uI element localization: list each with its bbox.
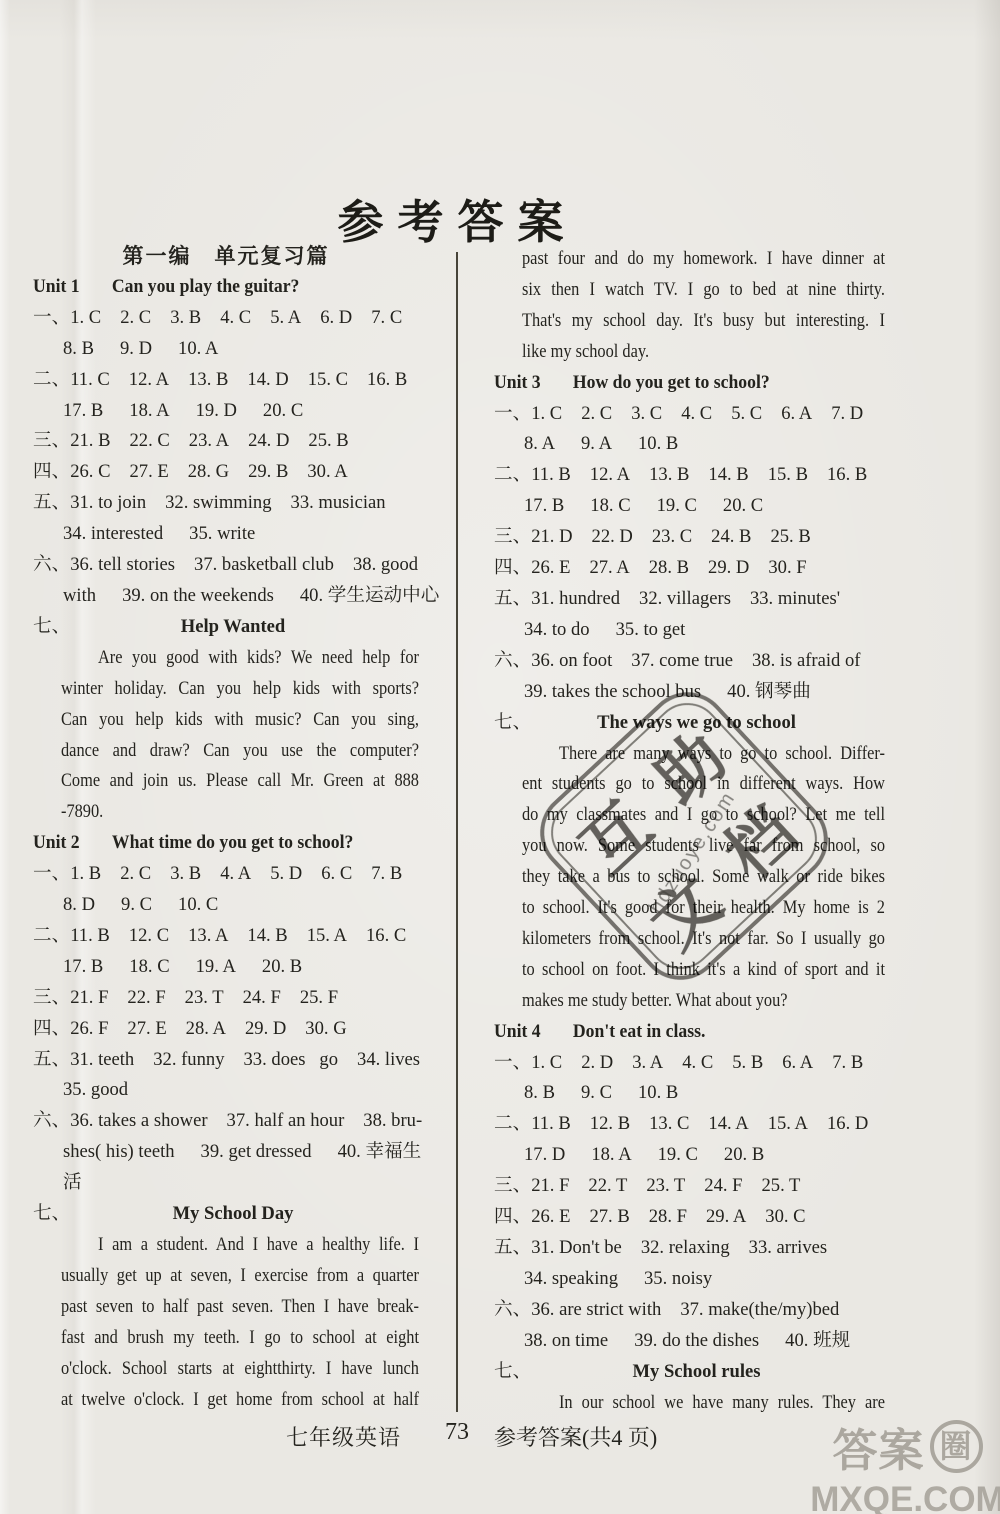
answer-item: 35. write [189,519,255,550]
answer-item: 13. B [188,365,228,396]
answer-item: 六、36. are strict with [494,1295,661,1326]
answer-item: 40. 幸福生 [338,1137,422,1168]
answer-row-continued: 35. good [63,1075,419,1106]
answer-item: 6. D [320,303,352,334]
answer-item: 24. F [243,983,281,1014]
answer-item: 18. C [129,952,169,983]
answer-item: 29. A [706,1202,746,1233]
answer-item: 二、11. B [494,1109,571,1140]
paragraph-line: six then I watch TV. I go to bed at nine… [522,275,885,306]
answer-row: 五、31. to join32. swimming33. musician [33,488,419,519]
answer-item: 40. 学生运动中心 [300,581,439,612]
paragraph-line: at twelve o'clock. I get home from schoo… [61,1385,419,1416]
answer-row: 六、36. tell stories37. basketball club38.… [33,550,419,581]
answer-item: 2. D [581,1048,613,1079]
answer-item: 六、36. takes a shower [33,1106,208,1137]
answer-row: 二、11. B12. C13. A14. B15. A16. C [33,921,419,952]
answer-item: 28. F [649,1202,687,1233]
answer-item: 40. 班规 [785,1326,850,1357]
answer-item: 14. D [247,365,288,396]
answer-row-continued: 34. speaking35. noisy [524,1264,885,1295]
answer-item: 3. B [170,859,201,890]
answer-item: 22. F [127,983,165,1014]
paragraph-last-line: makes me study better. What about you? [522,986,885,1017]
answer-item: 17. B [524,491,564,522]
answer-item: 四、26. F [33,1014,108,1045]
answer-item: 33. does go [244,1045,339,1076]
answer-item: 3. A [632,1048,663,1079]
answer-item: 4. C [682,1048,713,1079]
answer-item: 3. C [631,399,662,430]
unit-title: Don't eat in class. [573,1017,705,1048]
answer-row-continued: 38. on time39. do the dishes40. 班规 [524,1326,885,1357]
answer-item: 32. swimming [165,488,271,519]
answer-item: 17. B [63,396,103,427]
answer-item: 12. A [590,460,630,491]
answer-item: 20. B [724,1140,764,1171]
answer-row: 四、26. E27. B28. F29. A30. C [494,1202,885,1233]
answer-item: 37. half an hour [227,1106,345,1137]
answer-item: 32. funny [153,1045,224,1076]
answer-item: 33. arrives [749,1233,827,1264]
answer-item: 34. lives [357,1045,420,1076]
answer-item: 六、36. on foot [494,646,612,677]
answer-row: 五、31. hundred32. villagers33. minutes' [494,584,885,615]
answer-item: 三、21. F [494,1171,569,1202]
answer-item: 34. to do [524,615,590,646]
unit-heading: Unit 3How do you get to school? [494,368,885,399]
section-number-label: 七、 [33,612,93,643]
passage-title: My School rules [554,1357,839,1388]
answer-item: 三、21. D [494,522,573,553]
answer-row-continued: shes( his) teeth39. get dressed40. 幸福生 [63,1137,419,1168]
answer-item: 四、26. E [494,1202,570,1233]
answer-item: 22. C [129,426,169,457]
unit-label: Unit 3 [494,368,541,399]
answer-item: 24. B [711,522,751,553]
answer-item: 27. A [589,553,629,584]
answer-item: 六、36. tell stories [33,550,175,581]
left-column: 第一编 单元复习篇Unit 1Can you play the guitar?一… [33,241,419,1415]
passage-title: My School Day [93,1199,373,1230]
watermark-logo-circle-glyph: 圈 [930,1420,983,1473]
passage-title: Help Wanted [93,612,373,643]
answer-item: 25. B [308,426,348,457]
answer-item: 23. T [185,983,224,1014]
answer-item: 25. F [300,983,338,1014]
answer-item: 18. A [591,1140,631,1171]
paragraph-line: That's my school day. It's busy but inte… [522,306,885,337]
answer-item: 10. A [178,334,218,365]
answer-item: 12. C [129,921,169,952]
answer-row: 三、21. B22. C23. A24. D25. B [33,426,419,457]
answer-item: 13. B [649,460,689,491]
answer-item: 5. D [270,859,302,890]
answer-item: 39. get dressed [201,1137,312,1168]
answer-row: 三、21. F22. F23. T24. F25. F [33,983,419,1014]
answer-row-continued: 34. interested35. write [63,519,419,550]
answer-item: 37. basketball club [194,550,334,581]
answer-item: 五、31. teeth [33,1045,134,1076]
answer-item: 30. G [305,1014,346,1045]
answer-item: 4. C [220,303,251,334]
answer-item: 3. B [170,303,201,334]
answer-item: 5. B [732,1048,763,1079]
answer-row: 一、1. C2. C3. C4. C5. C6. A7. D [494,399,885,430]
answer-item: 7. D [831,399,863,430]
footer-page-number: 73 [445,1419,469,1446]
answer-row-continued: 活 [63,1168,419,1199]
answer-row-continued: 17. B18. C19. C20. C [524,491,885,522]
answer-item: 23. C [652,522,692,553]
answer-item: 20. B [262,952,302,983]
answer-item: 19. C [657,491,697,522]
paragraph-line: dance and draw? Can you use the computer… [61,736,419,767]
answer-item: 15. A [768,1109,808,1140]
answer-item: 35. good [63,1075,128,1106]
answer-item: shes( his) teeth [63,1137,175,1168]
part-heading: 第一编 单元复习篇 [33,241,419,272]
answer-item: 28. G [188,457,229,488]
paragraph-line: Can you help kids with music? Can you si… [61,705,419,736]
answer-item: 16. D [827,1109,868,1140]
answer-item: 24. D [248,426,289,457]
answer-row: 一、1. B2. C3. B4. A5. D6. C7. B [33,859,419,890]
answer-item: 活 [63,1168,82,1199]
answer-row: 六、36. takes a shower37. half an hour38. … [33,1106,419,1137]
answer-item: 23. A [189,426,229,457]
answer-row: 五、31. teeth32. funny33. does go34. lives [33,1045,419,1076]
paragraph-line: past seven to half past seven. Then I ha… [61,1292,419,1323]
passage-heading-row: 七、Help Wanted [33,612,419,643]
answer-item: 8. B [63,334,94,365]
answer-item: 38. is afraid of [752,646,860,677]
answer-item: 8. D [63,890,95,921]
unit-label: Unit 4 [494,1017,541,1048]
answer-item: 33. minutes' [750,584,840,615]
passage-heading-row: 七、My School rules [494,1357,885,1388]
answer-item: 37. come true [631,646,733,677]
answer-item: 6. C [321,859,352,890]
answer-row: 四、26. C27. E28. G29. B30. A [33,457,419,488]
answer-item: 10. B [638,1078,678,1109]
answer-item: 19. C [658,1140,698,1171]
answer-item: 2. C [581,399,612,430]
answer-row: 五、31. Don't be32. relaxing33. arrives [494,1233,885,1264]
unit-heading: Unit 4Don't eat in class. [494,1017,885,1048]
answer-item: 2. C [120,859,151,890]
unit-label: Unit 1 [33,272,80,303]
answer-row-continued: 34. to do35. to get [524,615,885,646]
answer-item: 38. on time [524,1326,608,1357]
answer-item: 12. A [129,365,169,396]
answer-row-continued: 8. B9. C10. B [524,1078,885,1109]
answer-item: 7. B [371,859,402,890]
answer-row-continued: with39. on the weekends40. 学生运动中心 [63,581,419,612]
answer-row: 六、36. are strict with37. make(the/my)bed [494,1295,885,1326]
answer-item: 16. B [827,460,867,491]
unit-heading: Unit 1Can you play the guitar? [33,272,419,303]
answer-row: 二、11. B12. B13. C14. A15. A16. D [494,1109,885,1140]
answer-item: 28. A [186,1014,226,1045]
answer-item: 39. do the dishes [634,1326,759,1357]
answer-item: 二、11. C [33,365,110,396]
answer-item: 三、21. F [33,983,108,1014]
answer-item: 14. A [708,1109,748,1140]
answer-item: 37. make(the/my)bed [680,1295,839,1326]
answer-item: 14. B [708,460,748,491]
answer-item: 四、26. E [494,553,570,584]
footer-answer-label: 参考答案(共4 页) [494,1421,657,1452]
column-divider-rule [456,252,458,1412]
answer-item: 9. C [121,890,152,921]
answer-row-continued: 8. A9. A10. B [524,429,885,460]
answer-item: 13. C [649,1109,689,1140]
paragraph-line: past four and do my homework. I have din… [522,244,885,275]
answer-item: 18. C [590,491,630,522]
answer-item: 38. good [353,550,418,581]
answer-row: 三、21. D22. D23. C24. B25. B [494,522,885,553]
answer-item: 17. B [63,952,103,983]
answer-item: 8. A [524,429,555,460]
answer-row: 三、21. F22. T23. T24. F25. T [494,1171,885,1202]
answer-item: 6. A [782,1048,813,1079]
answer-item: 25. T [762,1171,801,1202]
answer-row: 一、1. C2. C3. B4. C5. A6. D7. C [33,303,419,334]
answer-row-continued: 17. B18. C19. A20. B [63,952,419,983]
answer-item: 30. F [768,553,806,584]
answer-item: 27. E [127,1014,166,1045]
answer-item: 24. F [704,1171,742,1202]
answer-item: 29. B [248,457,288,488]
answer-item: 32. relaxing [641,1233,730,1264]
watermark-site-url: MXQE.COM [810,1480,1000,1514]
answer-row: 四、26. E27. A28. B29. D30. F [494,553,885,584]
answer-item: 22. D [592,522,633,553]
answer-item: 5. C [731,399,762,430]
answer-item: 二、11. B [494,460,571,491]
answer-item: 32. villagers [639,584,731,615]
answer-item: 17. D [524,1140,565,1171]
section-number-label: 七、 [33,1199,93,1230]
answer-item: 28. B [649,553,689,584]
paragraph-last-line: -7890. [61,797,419,828]
section-number-label: 七、 [494,708,554,739]
unit-label: Unit 2 [33,828,80,859]
answer-item: 13. A [188,921,228,952]
answer-item: 33. musician [291,488,386,519]
unit-title: Can you play the guitar? [112,272,299,303]
answer-item: 五、31. Don't be [494,1233,622,1264]
answer-item: 五、31. to join [33,488,146,519]
answer-row: 一、1. C2. D3. A4. C5. B6. A7. B [494,1048,885,1079]
answer-item: 35. to get [616,615,686,646]
answer-item: 22. T [588,1171,627,1202]
paragraph-line: winter holiday. Can you help kids with s… [61,674,419,705]
answer-item: 25. B [770,522,810,553]
footer-book-name: 七年级英语 [286,1421,401,1452]
unit-title: What time do you get to school? [112,828,353,859]
section-number-label: 七、 [494,1357,554,1388]
answer-item: 三、21. B [33,426,110,457]
answer-row: 二、11. C12. A13. B14. D15. C16. B [33,365,419,396]
answer-item: 18. A [129,396,169,427]
answer-item: 一、1. C [494,1048,562,1079]
answer-item: 9. D [120,334,152,365]
answer-item: 9. C [581,1078,612,1109]
answer-item: 34. interested [63,519,163,550]
answer-item: 27. B [589,1202,629,1233]
answer-item: 20. C [263,396,303,427]
answer-item: 一、1. B [33,859,101,890]
answer-item: 16. C [366,921,406,952]
unit-title: How do you get to school? [573,368,770,399]
answer-item: 29. D [708,553,749,584]
answer-item: 19. A [196,952,236,983]
answer-item: 4. C [681,399,712,430]
answer-item: 4. A [220,859,251,890]
answer-item: with [63,581,96,612]
answer-item: 7. B [832,1048,863,1079]
answer-item: 二、11. B [33,921,110,952]
answer-item: 6. A [781,399,812,430]
answer-item: 2. C [120,303,151,334]
passage-heading-row: 七、My School Day [33,1199,419,1230]
answer-item: 10. B [638,429,678,460]
answer-item: 19. D [196,396,237,427]
answer-item: 40. 钢琴曲 [727,677,811,708]
answer-item: 38. bru- [363,1106,422,1137]
paragraph-line: Come and join us. Please call Mr. Green … [61,766,419,797]
paragraph-line: o'clock. School starts at eightthirty. I… [61,1354,419,1385]
answer-row: 二、11. B12. A13. B14. B15. B16. B [494,460,885,491]
watermark-logo: 答案 圈 [810,1414,1000,1479]
answer-item: 五、31. hundred [494,584,620,615]
answer-item: 30. C [765,1202,805,1233]
paragraph-line: fast and brush my teeth. I go to school … [61,1323,419,1354]
watermark-logo-text: 答案 [832,1414,924,1479]
answer-item: 27. E [129,457,168,488]
answer-item: 一、1. C [33,303,101,334]
paragraph-first-line: I am a student. And I have a healthy lif… [61,1230,419,1261]
answer-item: 30. A [307,457,347,488]
answer-row-continued: 17. B18. A19. D20. C [63,396,419,427]
answer-item: 16. B [367,365,407,396]
answer-item: 29. D [245,1014,286,1045]
answer-item: 9. A [581,429,612,460]
answer-item: 12. B [590,1109,630,1140]
answer-item: 35. noisy [644,1264,712,1295]
answer-row-continued: 8. D9. C10. C [63,890,419,921]
answer-item: 39. on the weekends [122,581,274,612]
answer-row-continued: 17. D18. A19. C20. B [524,1140,885,1171]
answer-item: 15. A [307,921,347,952]
answer-item: 15. B [768,460,808,491]
answer-item: 10. C [178,890,218,921]
answer-item: 四、26. C [33,457,110,488]
answer-item: 14. B [247,921,287,952]
paragraph-first-line: Are you good with kids? We need help for [61,643,419,674]
paragraph-last-line: like my school day. [522,337,885,368]
answer-item: 5. A [270,303,301,334]
answer-item: 7. C [371,303,402,334]
answer-item: 15. C [308,365,348,396]
answer-item: 8. B [524,1078,555,1109]
watermark-brand: 答案 圈 MXQE.COM [810,1414,1000,1514]
answer-item: 23. T [646,1171,685,1202]
paragraph-line: usually get up at seven, I exercise from… [61,1261,419,1292]
unit-heading: Unit 2What time do you get to school? [33,828,419,859]
answer-item: 一、1. C [494,399,562,430]
answer-item: 20. C [723,491,763,522]
answer-item: 34. speaking [524,1264,618,1295]
answer-row-continued: 8. B9. D10. A [63,334,419,365]
answer-row: 四、26. F27. E28. A29. D30. G [33,1014,419,1045]
answer-row: 六、36. on foot37. come true38. is afraid … [494,646,885,677]
